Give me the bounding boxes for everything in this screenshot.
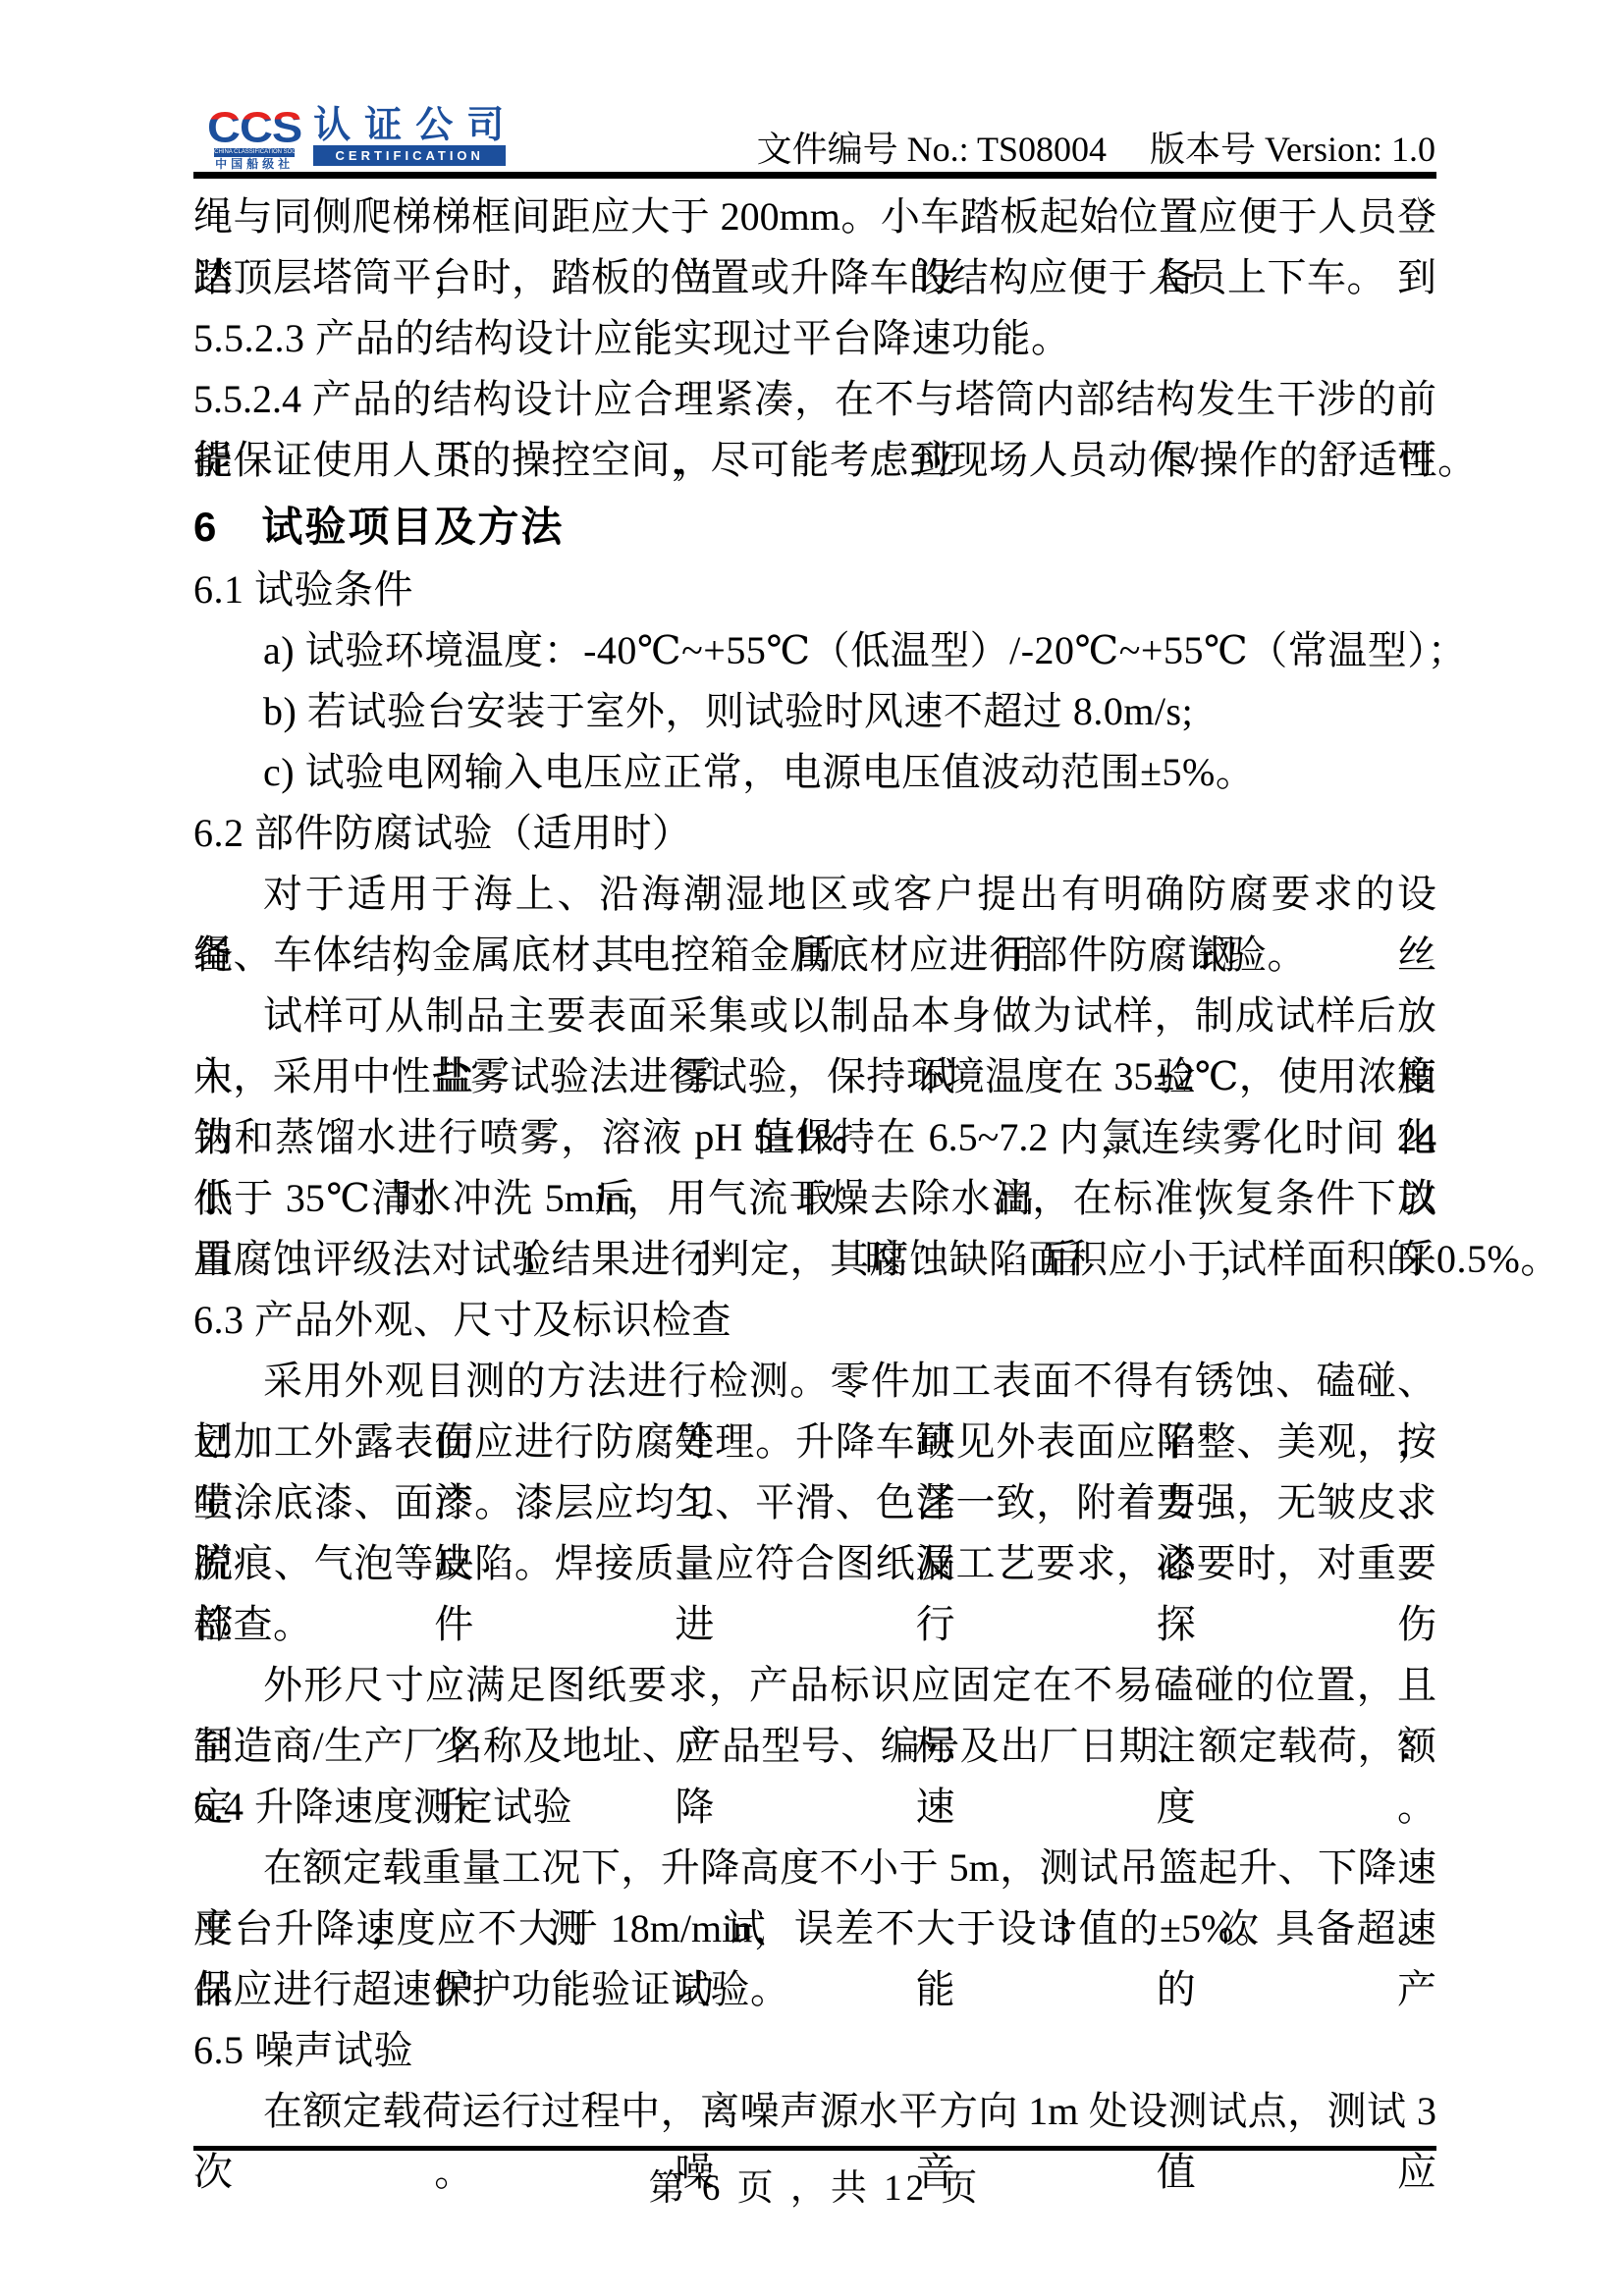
text-line: 对于适用于海上、沿海潮湿地区或客户提出有明确防腐要求的设备，其所用钢丝 <box>193 864 1436 925</box>
company-name-cn: 认证公司 <box>313 109 517 142</box>
text-line: b) 若试验台安装于室外，则试验时风速不超过 8.0m/s; <box>193 681 1436 742</box>
doc-version: 版本号 Version: 1.0 <box>1150 130 1435 169</box>
text-line: 喷涂底漆、面漆。漆层应均匀、平滑、色泽一致，附着力强，无皱皮、脱皮、漏漆、 <box>193 1472 1436 1533</box>
text-line: 达顶层塔筒平台时，踏板的位置或升降车的结构应便于人员上下车。 <box>193 247 1436 308</box>
text-line: 平台升降速度应不大于 18m/min，误差不大于设计值的±5%。具备超速保护功能… <box>193 1898 1436 1959</box>
document-page: CCS CHINA CLASSIFICATION SOCIETY 中国船级社 认… <box>0 0 1624 2296</box>
section-heading: 6 试验项目及方法 <box>193 491 1436 560</box>
text-line: 低于 35℃清水冲洗 5min，用气流干燥去除水滴，在标准恢复条件下放置 1 小… <box>193 1168 1436 1229</box>
text-line: 5.5.2.4 产品的结构设计应合理紧凑，在不与塔筒内部结构发生干涉的前提下，应… <box>193 369 1436 430</box>
footer-rule <box>193 2146 1436 2151</box>
text-line: 流痕、气泡等缺陷。焊接质量应符合图纸及工艺要求，必要时，对重要部件进行探伤 <box>193 1533 1436 1594</box>
text-line: 采用外观目测的方法进行检测。零件加工表面不得有锈蚀、磕碰、划伤等缺陷， <box>193 1351 1436 1412</box>
ccs-logo-left: CCS CHINA CLASSIFICATION SOCIETY 中国船级社 <box>207 109 301 171</box>
text-line: 制造商/生产厂名称及地址、产品型号、编号及出厂日期、额定载荷，额定升降速度。 <box>193 1716 1436 1777</box>
text-line: 试样可从制品主要表面采集或以制品本身做为试样，制成试样后放入盐雾试验箱 <box>193 986 1436 1046</box>
header-rule <box>193 172 1436 179</box>
ccs-acronym: CCS <box>207 111 301 145</box>
text-line: 已加工外露表面应进行防腐处理。升降车可见外表面应平整、美观，按生产工艺要求 <box>193 1412 1436 1472</box>
doc-number: 文件编号 No.: TS08004 <box>757 130 1107 169</box>
text-line: 用腐蚀评级法对试验结果进行判定，其腐蚀缺陷面积应小于试样面积的 0.5%。 <box>193 1229 1436 1290</box>
text-line: 6.5 噪声试验 <box>193 2020 1436 2081</box>
text-line: 能保证使用人员的操控空间，尽可能考虑到现场人员动作/操作的舒适性。 <box>193 430 1436 491</box>
text-line: 6.3 产品外观、尺寸及标识检查 <box>193 1290 1436 1351</box>
society-name-cn: 中国船级社 <box>215 158 294 171</box>
text-line: 中，采用中性盐雾试验法进行试验，保持环境温度在 35±2℃，使用浓度为 5±1%… <box>193 1046 1436 1107</box>
text-line: 6.1 试验条件 <box>193 560 1436 620</box>
text-line: 在额定载荷运行过程中，离噪声源水平方向 1m 处设测试点，测试 3 次。噪音值应 <box>193 2081 1436 2142</box>
page-number: 第 6 页 ，共 12 页 <box>193 2158 1436 2211</box>
text-line: 在额定载重量工况下，升降高度不小于 5m，测试吊篮起升、下降速度，测试 3 次。 <box>193 1838 1436 1898</box>
document-body: 绳与同侧爬梯梯框间距应大于 200mm。小车踏板起始位置应便于人员登踏，当设备到… <box>193 187 1436 2142</box>
certification-bar: CERTIFICATION <box>313 145 506 166</box>
document-meta: 文件编号 No.: TS08004版本号 Version: 1.0 <box>757 130 1435 171</box>
text-line: 6.2 部件防腐试验（适用时） <box>193 803 1436 864</box>
text-line: 外形尺寸应满足图纸要求，产品标识应固定在不易磕碰的位置，且至少应标注： <box>193 1655 1436 1716</box>
text-line: 5.5.2.3 产品的结构设计应能实现过平台降速功能。 <box>193 308 1436 369</box>
text-line: a) 试验环境温度：-40℃~+55℃（低温型）/-20℃~+55℃（常温型）； <box>193 620 1436 681</box>
ccs-logo: CCS CHINA CLASSIFICATION SOCIETY 中国船级社 认… <box>207 109 517 171</box>
text-line: 绳、车体结构金属底材、电控箱金属底材应进行部件防腐试验。 <box>193 925 1436 986</box>
text-line: 钠和蒸馏水进行喷雾，溶液 pH 值保持在 6.5~7.2 内，连续雾化时间 24… <box>193 1107 1436 1168</box>
text-line: 绳与同侧爬梯梯框间距应大于 200mm。小车踏板起始位置应便于人员登踏，当设备到 <box>193 187 1436 247</box>
ccs-logo-right: 认证公司 CERTIFICATION <box>313 109 517 166</box>
text-line: c) 试验电网输入电压应正常，电源电压值波动范围±5%。 <box>193 742 1436 803</box>
page-header: CCS CHINA CLASSIFICATION SOCIETY 中国船级社 认… <box>193 98 1435 171</box>
